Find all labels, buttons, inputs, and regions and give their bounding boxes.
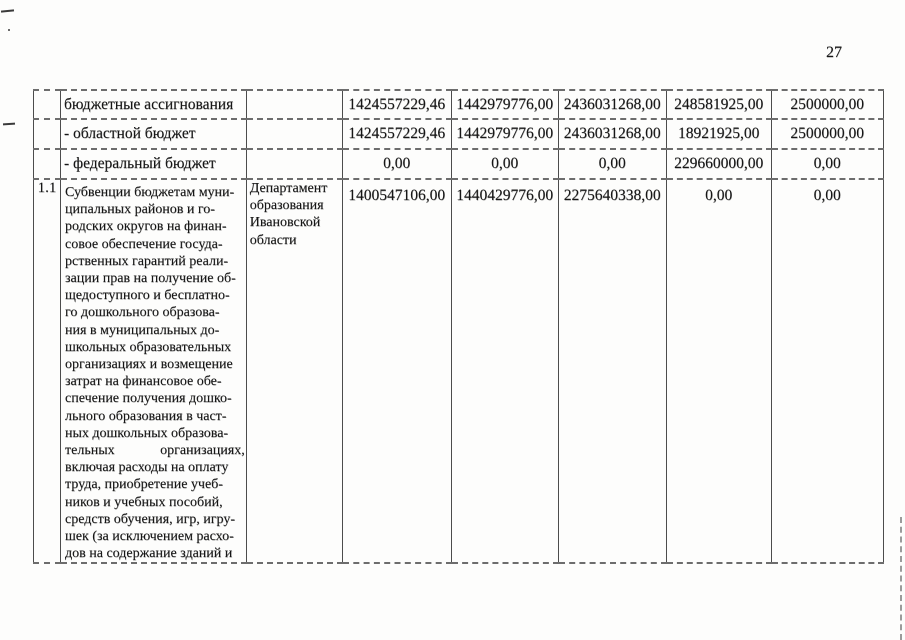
name-cell: Субвенции бюджетам муни- ципальных район… <box>61 179 247 563</box>
value-cell: 0,00 <box>771 149 883 179</box>
value-cell: 1442979776,00 <box>451 90 558 119</box>
budget-table: бюджетные ассигнования 1424557229,46 144… <box>33 89 884 564</box>
table-row: - федеральный бюджет 0,00 0,00 0,00 2296… <box>34 149 884 179</box>
department-cell <box>246 119 342 149</box>
value-cell: 2500000,00 <box>771 119 883 149</box>
value-cell: 18921925,00 <box>666 119 771 149</box>
scan-artifact-dot <box>8 29 10 31</box>
value-cell: 1400547106,00 <box>342 179 451 563</box>
row-number-cell: 1.1 <box>34 179 61 563</box>
name-cell: - областной бюджет <box>61 119 247 149</box>
table-row: 1.1 Субвенции бюджетам муни- ципальных р… <box>34 179 884 563</box>
value-cell: 229660000,00 <box>666 149 771 179</box>
table-row: - областной бюджет 1424557229,46 1442979… <box>34 119 884 149</box>
row-number-cell <box>34 90 61 119</box>
scan-artifact-page-edge <box>900 517 902 640</box>
value-cell: 0,00 <box>558 149 666 179</box>
row-number-cell <box>34 119 61 149</box>
value-cell: 0,00 <box>451 149 558 179</box>
page-number: 27 <box>826 44 842 62</box>
department-cell <box>246 149 342 179</box>
table-row: бюджетные ассигнования 1424557229,46 144… <box>34 90 884 119</box>
value-cell: 0,00 <box>771 179 883 563</box>
value-cell: 248581925,00 <box>666 90 771 119</box>
name-cell: бюджетные ассигнования <box>61 90 247 119</box>
scan-artifact-dash <box>1 9 14 12</box>
value-cell: 2436031268,00 <box>558 90 666 119</box>
scanned-document-page: { "page_number": "27", "table": { "rows"… <box>0 0 905 640</box>
value-cell: 0,00 <box>666 179 771 563</box>
value-cell: 1442979776,00 <box>451 119 558 149</box>
value-cell: 0,00 <box>342 149 451 179</box>
value-cell: 1424557229,46 <box>342 119 451 149</box>
scan-artifact-dash <box>3 123 15 126</box>
department-cell <box>246 90 342 119</box>
value-cell: 1440429776,00 <box>451 179 558 563</box>
value-cell: 1424557229,46 <box>342 90 451 119</box>
row-number-cell <box>34 149 61 179</box>
name-cell: - федеральный бюджет <box>61 149 247 179</box>
department-cell: Департамент образования Ивановской облас… <box>246 179 342 563</box>
value-cell: 2436031268,00 <box>558 119 666 149</box>
value-cell: 2500000,00 <box>771 90 883 119</box>
value-cell: 2275640338,00 <box>558 179 666 563</box>
